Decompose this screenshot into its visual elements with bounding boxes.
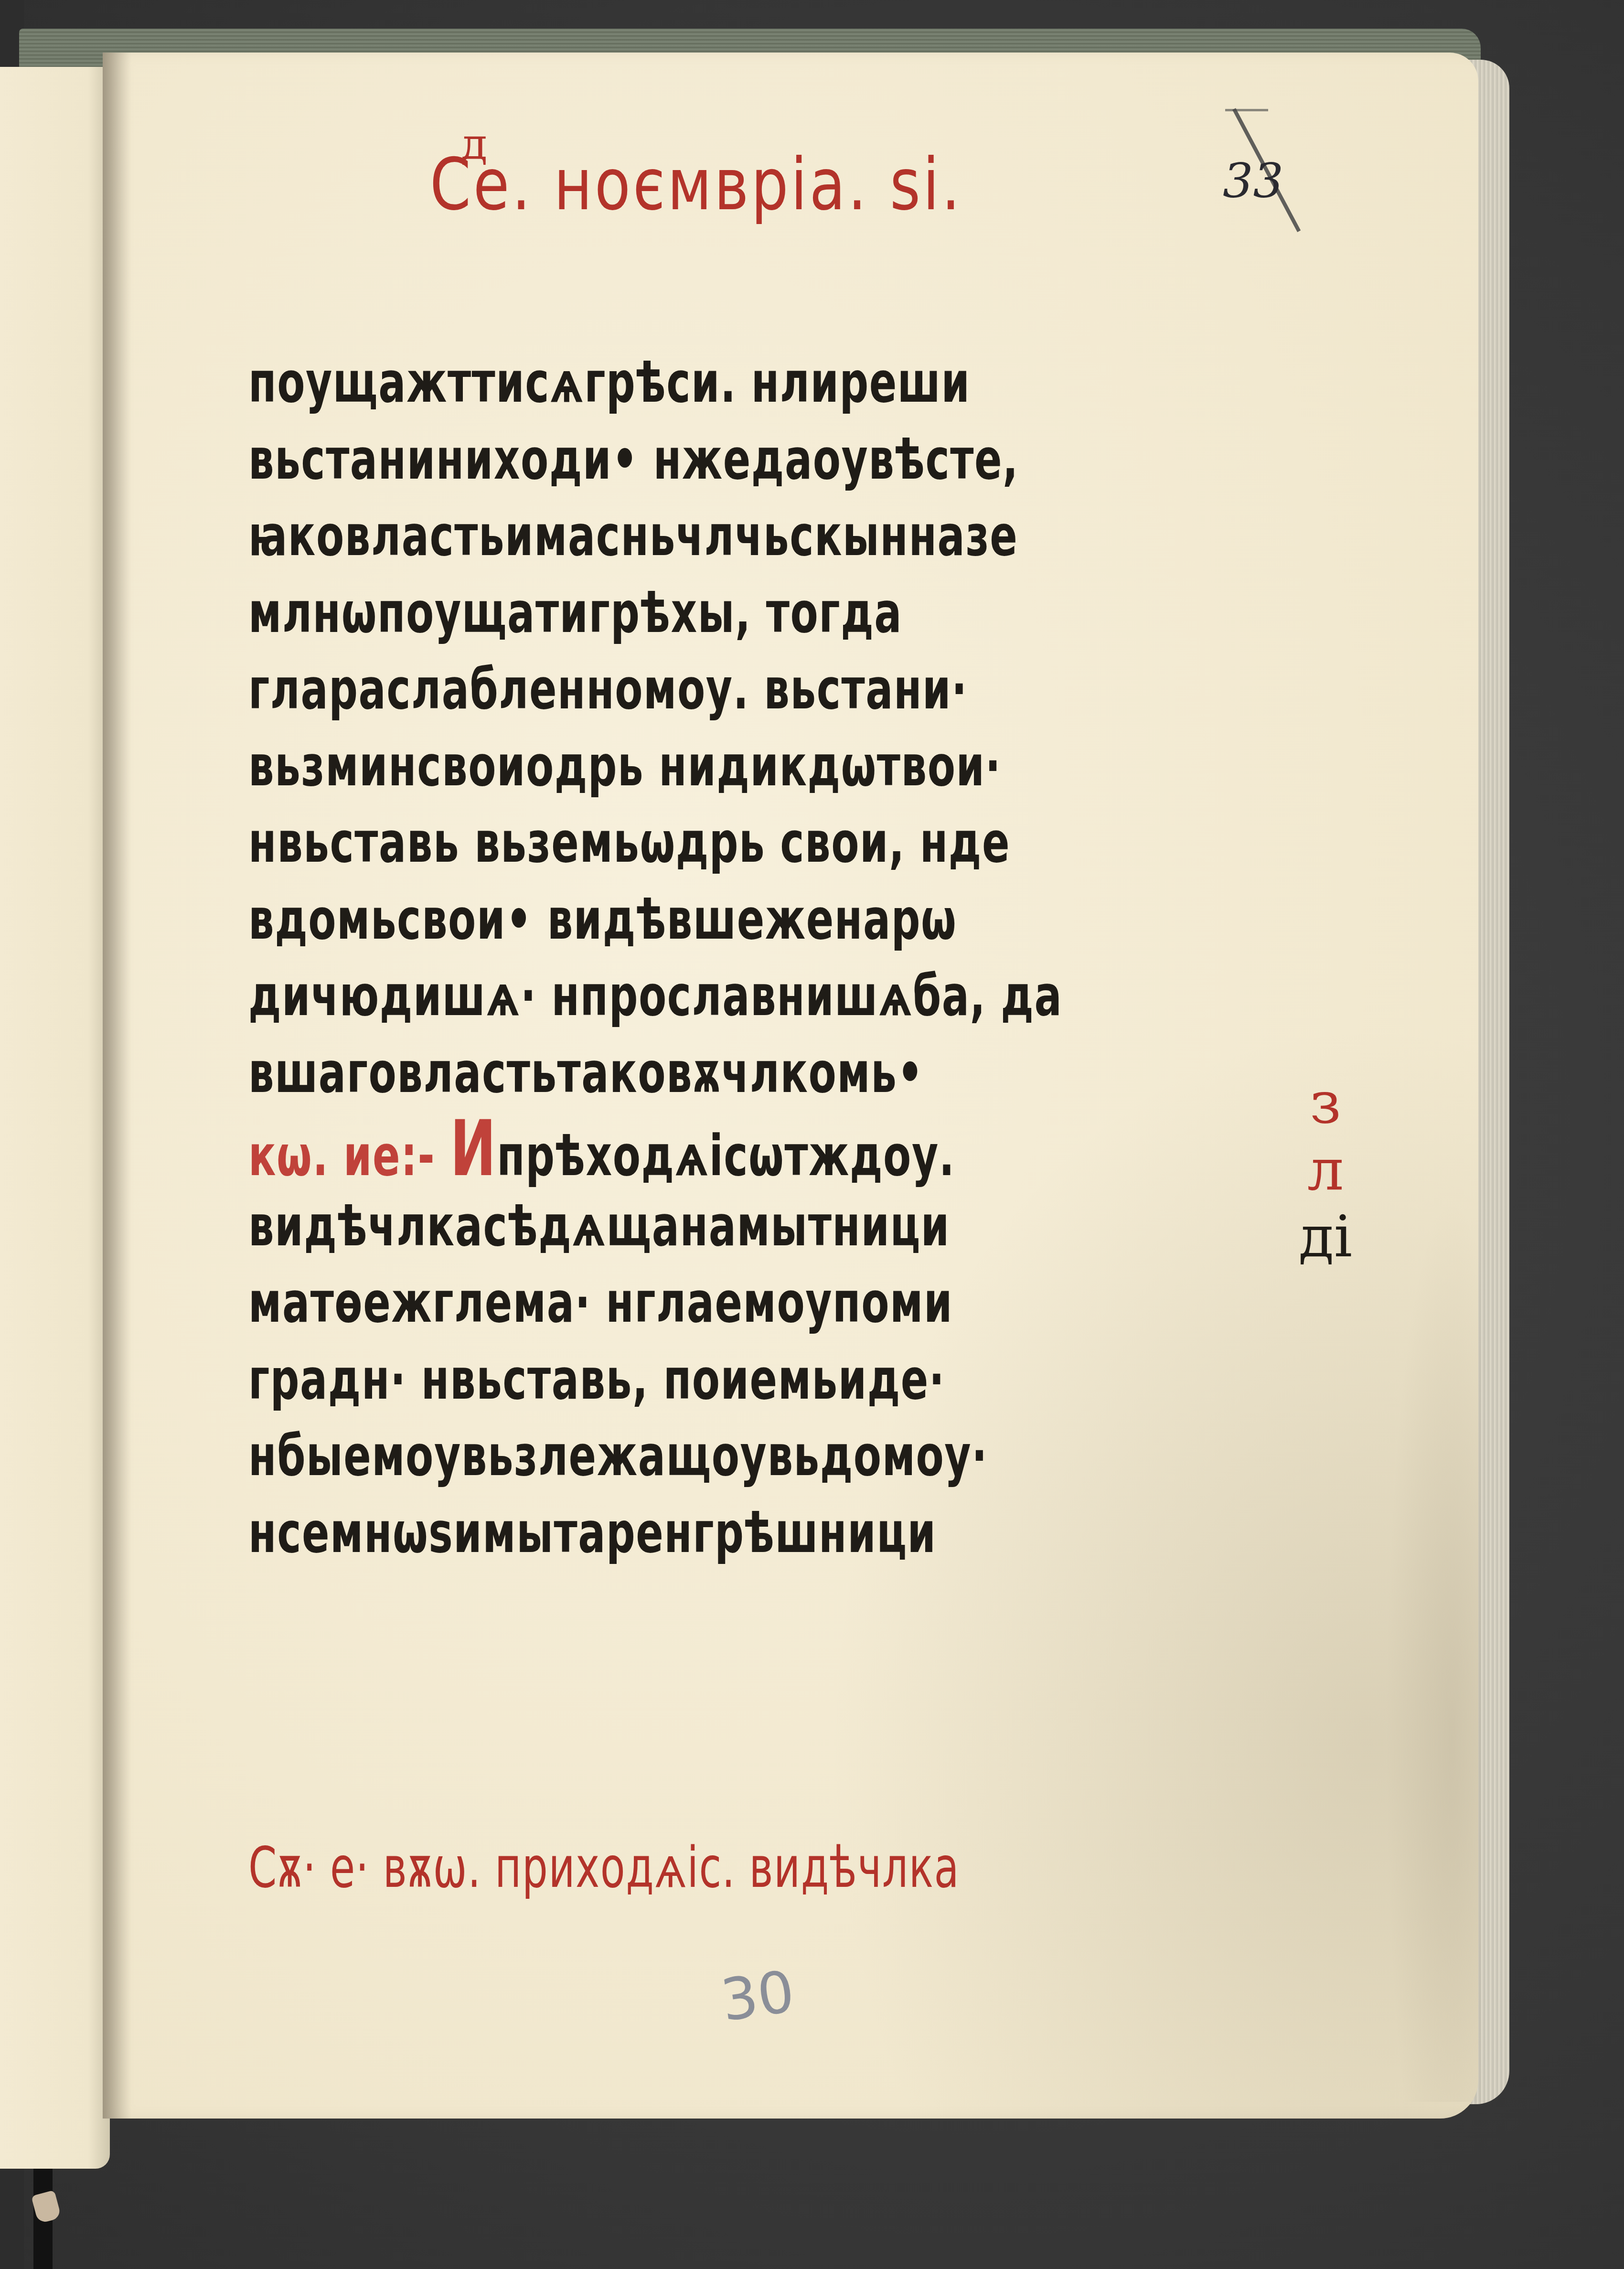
margin-note: з л ді: [1290, 1070, 1361, 1271]
gutter-shadow: [103, 53, 131, 2119]
text-line-1: поущажттисѧгрѣси. нлиреши: [248, 344, 919, 421]
line-11-text: прѣходѧісѡтждоу.: [497, 1123, 955, 1188]
rubric-initial: И: [450, 1104, 497, 1193]
text-line-13: матѳежглема· нглаемоупоми: [248, 1264, 919, 1341]
text-line-2: вьстаниниходи• нжедаоувѣсте,: [248, 421, 919, 498]
pencil-page-number: 30: [717, 1959, 799, 2034]
text-line-15: нбыемоувьзлежащоувьдомоу·: [248, 1417, 919, 1494]
final-rubric-line: Сѫ· е· вѫѡ. приходѧіс. видѣчлка: [248, 1834, 960, 1900]
text-line-3: ꙗковластьимасньчлчьскынназе: [248, 497, 919, 574]
folio-strike-mark: [1225, 109, 1268, 111]
text-line-5: глараслабленномоу. вьстани·: [248, 651, 919, 728]
text-line-16: нсемнѡѕимытаренгрѣшници: [248, 1494, 919, 1571]
text-line-14: градн· нвьставь, поиемьиде·: [248, 1341, 919, 1418]
facing-page-edge: [0, 67, 110, 2169]
page-stain: [1385, 1194, 1481, 2102]
text-block: поущажттисѧгрѣси. нлиреши вьстаниниходи•…: [248, 344, 1180, 1571]
margin-note-red-1: з: [1290, 1070, 1361, 1137]
text-line-6: вьзминсвоиодрь нидикдѡтвои·: [248, 728, 919, 804]
folio-number: 33: [1223, 153, 1283, 209]
text-line-7: нвьставь вьземьѡдрь свои, нде: [248, 804, 919, 881]
text-line-9: дичюдишѧ· нпрославнишѧба, да: [248, 957, 919, 1034]
text-line-8: вдомьсвои• видѣвшеженарѡ: [248, 881, 919, 958]
margin-note-black: ді: [1290, 1204, 1361, 1271]
text-line-4: млнѡпоущатигрѣхы, тогда: [248, 574, 919, 651]
margin-note-red-2: л: [1290, 1137, 1361, 1204]
text-line-11-rubricated: кѡ. ие:- Ипрѣходѧісѡтждоу.: [248, 1111, 919, 1188]
page-heading: Се. ноємвріа. ѕі.: [430, 143, 962, 226]
text-line-12: видѣчлкасѣдѧщанамытници: [248, 1188, 919, 1264]
rubric-prefix: кѡ. ие:-: [248, 1123, 435, 1188]
text-line-10: вшаговластьтаковѫчлкомь•: [248, 1034, 919, 1111]
